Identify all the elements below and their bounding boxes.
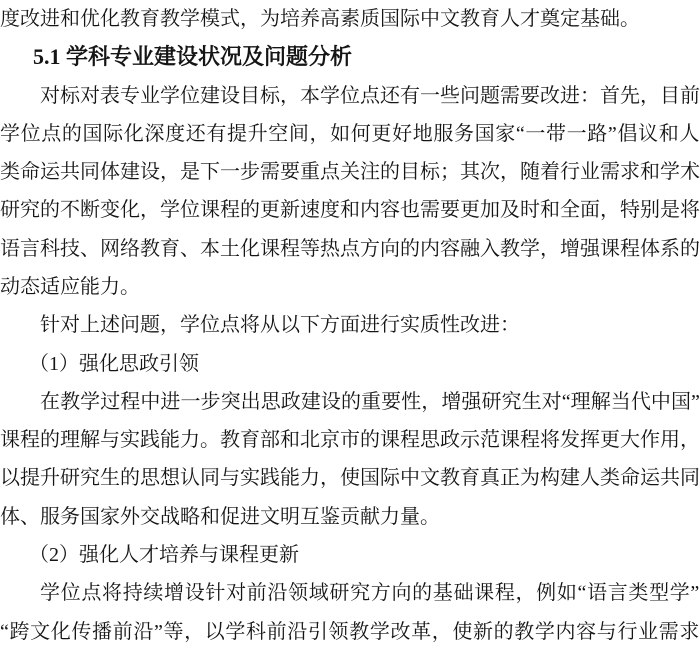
text-line: 动态适应能力。 xyxy=(0,268,700,306)
line-text: （2）强化人才培养与课程更新 xyxy=(29,536,299,574)
document-body: 度改进和优化教育教学模式，为培养高素质国际中文教育人才奠定基础。5.1 学科专业… xyxy=(0,0,700,651)
line-text: 体、服务国家外交战略和促进文明互鉴贡献力量。 xyxy=(0,498,440,536)
text-line: 度改进和优化教育教学模式，为培养高素质国际中文教育人才奠定基础。 xyxy=(0,0,700,38)
text-line: 对标对表专业学位建设目标，本学位点还有一些问题需要改进：首先，目前 xyxy=(0,77,700,115)
line-text: 度改进和优化教育教学模式，为培养高素质国际中文教育人才奠定基础。 xyxy=(0,0,640,38)
line-text: 学位点将持续增设针对前沿领域研究方向的基础课程，例如“语言类型学” xyxy=(40,574,700,612)
text-line: 学位点的国际化深度还有提升空间，如何更好地服务国家“一带一路”倡议和人 xyxy=(0,115,700,153)
text-line: 针对上述问题，学位点将从以下方面进行实质性改进： xyxy=(0,306,700,344)
line-text: 动态适应能力。 xyxy=(0,268,140,306)
line-text: 以提升研究生的思想认同与实践能力，使国际中文教育真正为构建人类命运共同 xyxy=(0,459,700,497)
text-line: 在教学过程中进一步突出思政建设的重要性，增强研究生对“理解当代中国” xyxy=(0,383,700,421)
text-line: 语言科技、网络教育、本土化课程等热点方向的内容融入教学，增强课程体系的 xyxy=(0,230,700,268)
text-line: 研究的不断变化，学位课程的更新速度和内容也需要更加及时和全面，特别是将 xyxy=(0,191,700,229)
line-text: 对标对表专业学位建设目标，本学位点还有一些问题需要改进：首先，目前 xyxy=(40,77,700,115)
text-line: “跨文化传播前沿”等，以学科前沿引领教学改革，使新的教学内容与行业需求 xyxy=(0,613,700,651)
section-heading: 5.1 学科专业建设状况及问题分析 xyxy=(0,38,700,76)
line-text: 课程的理解与实践能力。教育部和北京市的课程思政示范课程将发挥更大作用， xyxy=(0,421,700,459)
line-text: 学位点的国际化深度还有提升空间，如何更好地服务国家“一带一路”倡议和人 xyxy=(0,115,700,153)
line-text: 研究的不断变化，学位课程的更新速度和内容也需要更加及时和全面，特别是将 xyxy=(0,191,700,229)
text-line: （2）强化人才培养与课程更新 xyxy=(0,536,700,574)
line-text: 类命运共同体建设，是下一步需要重点关注的目标；其次，随着行业需求和学术 xyxy=(0,153,700,191)
document-page: 度改进和优化教育教学模式，为培养高素质国际中文教育人才奠定基础。5.1 学科专业… xyxy=(0,0,700,651)
text-line: 学位点将持续增设针对前沿领域研究方向的基础课程，例如“语言类型学” xyxy=(0,574,700,612)
text-line: 体、服务国家外交战略和促进文明互鉴贡献力量。 xyxy=(0,498,700,536)
text-line: 类命运共同体建设，是下一步需要重点关注的目标；其次，随着行业需求和学术 xyxy=(0,153,700,191)
text-line: 以提升研究生的思想认同与实践能力，使国际中文教育真正为构建人类命运共同 xyxy=(0,459,700,497)
line-text: 语言科技、网络教育、本土化课程等热点方向的内容融入教学，增强课程体系的 xyxy=(0,230,700,268)
line-text: 在教学过程中进一步突出思政建设的重要性，增强研究生对“理解当代中国” xyxy=(40,383,700,421)
text-line: 课程的理解与实践能力。教育部和北京市的课程思政示范课程将发挥更大作用， xyxy=(0,421,700,459)
section-heading-text: 5.1 学科专业建设状况及问题分析 xyxy=(33,38,352,76)
line-text: 针对上述问题，学位点将从以下方面进行实质性改进： xyxy=(40,306,520,344)
line-text: （1）强化思政引领 xyxy=(29,345,199,383)
text-line: （1）强化思政引领 xyxy=(0,345,700,383)
line-text: “跨文化传播前沿”等，以学科前沿引领教学改革，使新的教学内容与行业需求 xyxy=(0,613,700,651)
